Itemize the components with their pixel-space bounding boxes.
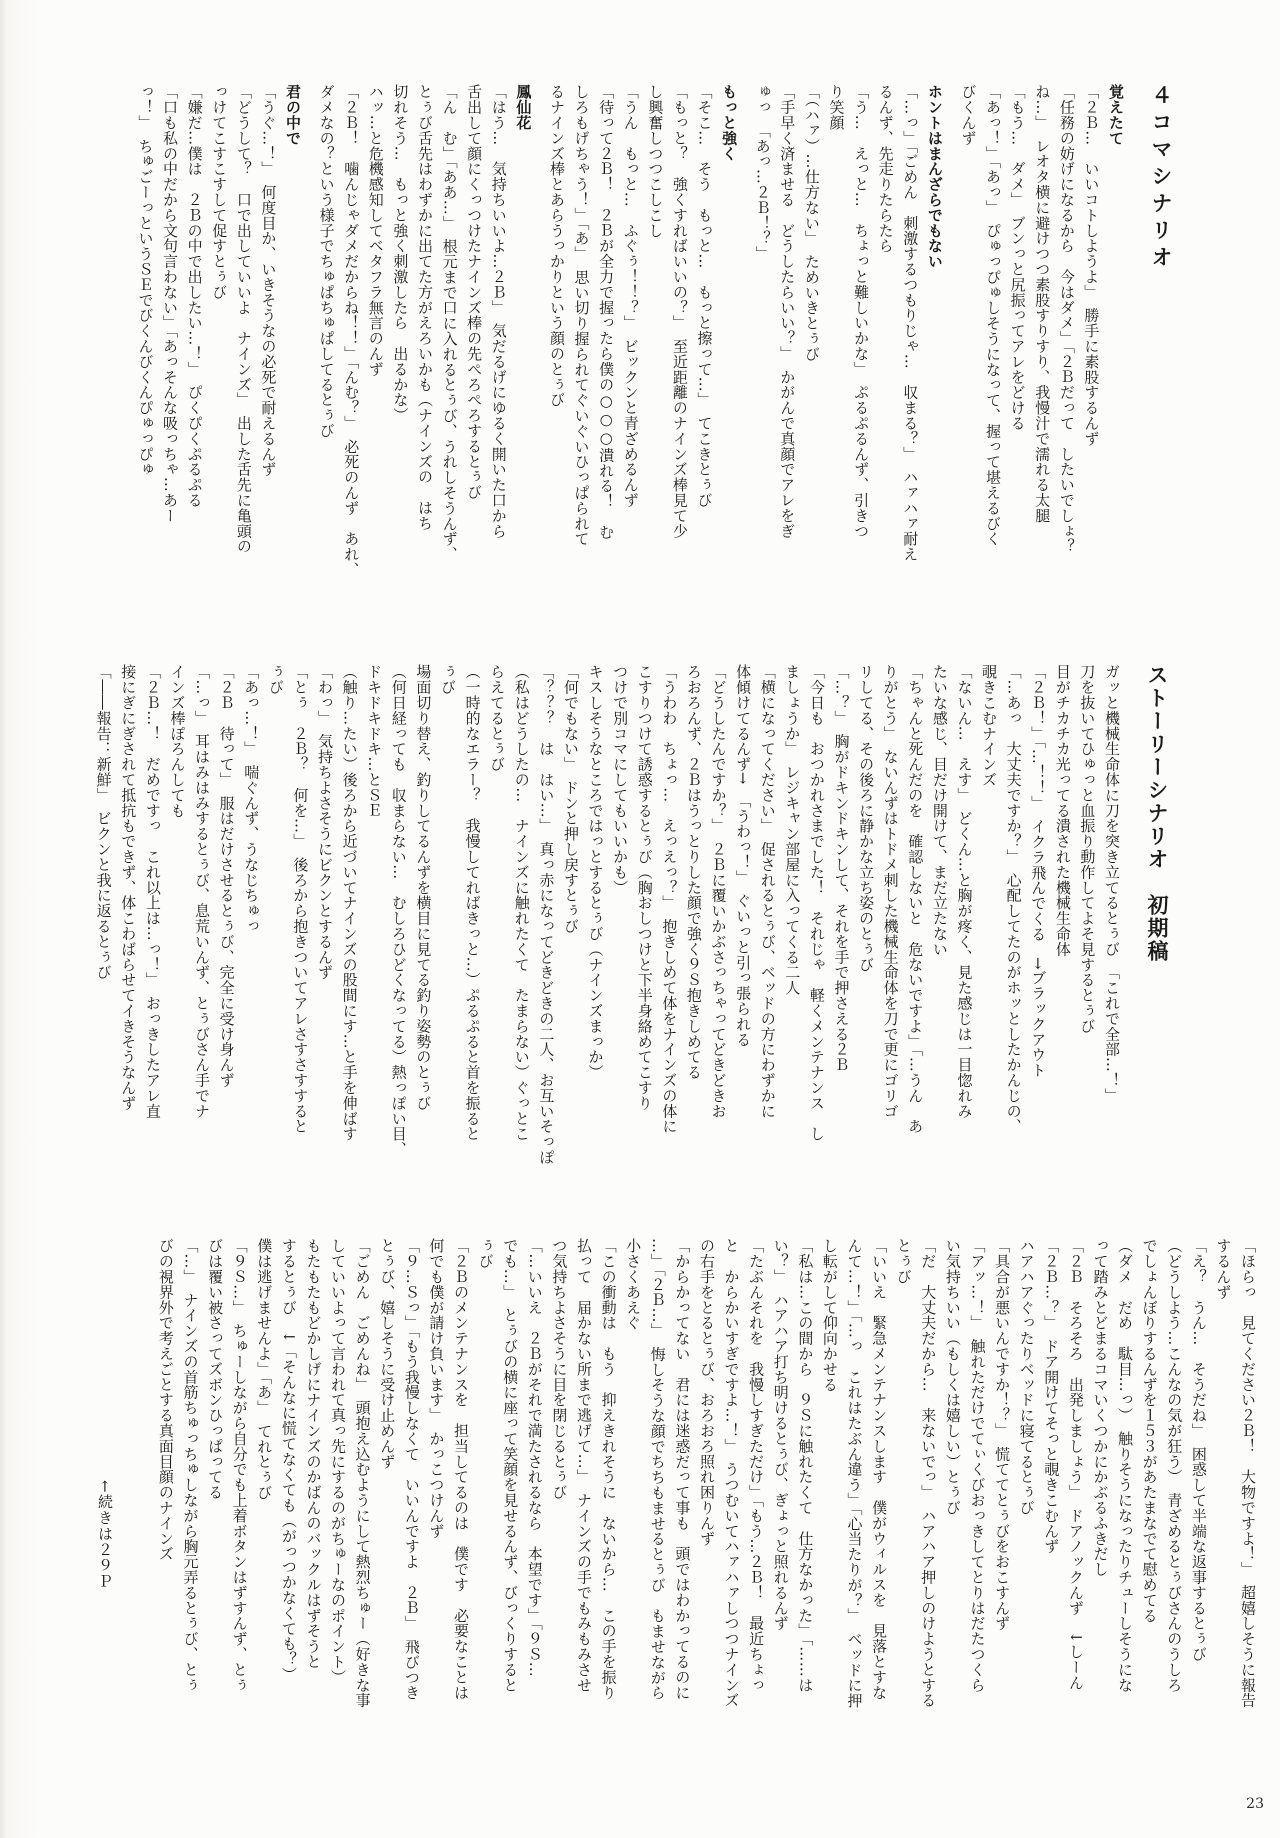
scenario-text-column: 「２Ｂ そろそろ 出発しましょう」 ドアノックんず ↓しーん: [1063, 1238, 1088, 1780]
scenario-text-column: 払って 届かない所まで逃げて…」 ナインズの手でもみもみさせ: [571, 1238, 596, 1780]
section-story-continued-columns: 「ほらっ 見てください２Ｂ！ 大物ですよ！」 超嬉しそうに報告するんず「え？ う…: [153, 1238, 1260, 1780]
scenario-text-column: ろおろんず、２Ｂはうっとりした顔で強く９Ｓ抱きしめてる: [681, 664, 706, 1212]
scenario-text-column: ガッと機械生命体に刀を突き立てるとぅび 「これで全部…！」: [1099, 664, 1124, 1212]
scenario-text-column: し転がして仰向かせる: [817, 1238, 842, 1780]
scenario-text-column: 「…」 ナインズの首筋ちゅっちゅしながら胸元弄るとぅび、とぅ: [178, 1238, 203, 1780]
continuation-note: ←続きは２９Ｐ: [95, 1480, 116, 1590]
scenario-text-column: って踏みとどまるコマいくつかにかぶるふきだし: [1088, 1238, 1113, 1780]
scenario-text-column: っけてこすこすして促すとぅび: [207, 84, 232, 644]
scenario-text-column: …」「２Ｂ…」 悔しそうな顔でちちもませるとぅび もませながら: [645, 1238, 670, 1780]
scenario-text-column: ダメなの？という様子でちゅぱちゅぱしてるとぅび: [314, 84, 339, 644]
scenario-text-column: 「…あっ 大丈夫ですか？」 心配してたのがホッとしたかんじの、: [1001, 664, 1026, 1212]
scenario-text-column: りがとう」 ないんずはトドメ刺した機械生命体を刀で更にゴリゴ: [878, 664, 903, 1212]
section-story-columns: ガッと機械生命体に刀を突き立てるとぅび 「これで全部…！」刀を抜いてひゅっと血振…: [91, 664, 1124, 1212]
scenario-subheading: ホントはまんざらでもない: [922, 84, 947, 644]
scenario-text-column: ね…」 レオタ横に避けつつ素股すりすり、我慢汁で濡れる太腿: [1030, 84, 1055, 644]
scenario-text-column: 「え？ うん… そうだね」 困惑して半端な返事するとぅび: [1186, 1238, 1211, 1780]
document-page: ４コマシナリオ 覚えたて「２Ｂ… いいコトしようよ」 勝手に素股するんず「任務の…: [0, 0, 1280, 1838]
scenario-text-column: 「２Ｂ… いいコトしようよ」 勝手に素股するんず: [1079, 84, 1104, 644]
scenario-text-column: 「嫌だ…僕は ２Ｂの中で出したい…！」 ぴくぴくぷるぷる: [182, 84, 207, 644]
scenario-text-column: 「アッ…！」 触れただけでてぃくびおっきしてとりはだたつくら: [965, 1238, 990, 1780]
scenario-text-column: 「あっ…！」 喘ぐんず、うなじちゅっ: [239, 664, 264, 1212]
scenario-text-column: （私はどうしたの… ナインズに触れたくて たまらない）ぐっとこ: [509, 664, 534, 1212]
scenario-text-column: （何日経っても 収まらない… むしろひどくなってる）熱っぽい目、: [386, 664, 411, 1212]
scenario-text-column: つ気持ちよさそうに目を閉じるとぅび: [547, 1238, 572, 1780]
scenario-text-column: でも…」 とぅびの横に座って笑顔を見せるんず、びっくりすると: [498, 1238, 523, 1780]
scenario-text-column: びは覆い被さってズボンひっぱってる: [202, 1238, 227, 1780]
scenario-text-column: 「からかってない 君には迷惑だって事も 頭ではわかってるのに: [670, 1238, 695, 1780]
scenario-text-column: 「うぐ…！」 何度目か、いきそうなの必死で耐えるんず: [256, 84, 281, 644]
scenario-text-column: でしょんぼりするんずを１５３があたまなでて慰めてる: [1137, 1238, 1162, 1780]
scenario-text-column: 「待って２Ｂ！ ２Ｂが全力で握ったら僕の○○○潰れる！ む: [594, 84, 619, 644]
scenario-text-column: 「…？」 胸がドキンドキンして、それを手で押さえる２Ｂ: [829, 664, 854, 1212]
scenario-text-column: るナインズ棒とあらうっかりという顔のとぅび: [544, 84, 569, 644]
scenario-text-column: 体傾けてるんず→ 「うわっ！」 ぐいっと引っ張られる: [731, 664, 756, 1212]
scenario-text-column: 「はう… 気持ちいいよ…２Ｂ」 気だるげにゆるく開いた口から: [486, 84, 511, 644]
scenario-text-column: 「どうしたんですか？」 ２Ｂに覆いかぶさっちゃってどきどきお: [706, 664, 731, 1212]
scenario-text-column: い？」 ハアハア打ち明けるとぅび、ぎょっと照れるんず: [768, 1238, 793, 1780]
section-story-scenario-draft: ストーリーシナリオ 初期稿 ガッと機械生命体に刀を突き立てるとぅび 「これで全部…: [91, 664, 1172, 1212]
scenario-text-column: 場面切り替え、釣りしてるんずを横目に見てる釣り姿勢のとぅび: [411, 664, 436, 1212]
scenario-text-column: り笑顔: [824, 84, 849, 644]
scenario-text-column: （どうしよう…こんなの気が狂う） 青ざめるとぅびさんのうしろ: [1162, 1238, 1187, 1780]
scenario-text-column: 「う… えっと… ちょっと難しいかな」 ぷるぷるんず、引きつ: [848, 84, 873, 644]
scenario-text-column: い気持ちいい（もしくは嬉しい）とぅび: [940, 1238, 965, 1780]
scenario-text-column: 「そこ… そう もっと… もっと擦って…」 てこきとぅび: [692, 84, 717, 644]
scenario-text-column: とぅび、嬉しそうに受け止めんず: [375, 1238, 400, 1780]
scenario-text-column: 「この衝動は もう 抑えきれそうに ないから… この手を振り: [596, 1238, 621, 1780]
scenario-text-column: 「うわわ ちょっ… えっえっ？」 抱きしめて体をナインズの体に: [657, 664, 682, 1212]
scenario-text-column: んて…！」「…っ これはたぶん違う」「心当たりが？」 ベッドに押: [842, 1238, 867, 1780]
scenario-text-column: していいよって言われて真っ先にするのがちゅーなのポイント）: [325, 1238, 350, 1780]
scenario-text-column: とぅび舌先はわずかに出てた方がえろいかも（ナインズの はち: [412, 84, 437, 644]
scenario-text-column: 「任務の妨げになるから 今はダメ」「２Ｂだって したいでしょ？: [1054, 84, 1079, 644]
scenario-text-column: 「私は…この間から ９Ｓに触れたくて 仕方なかった」「……は: [793, 1238, 818, 1780]
section-4koma-columns: 覚えたて「２Ｂ… いいコトしようよ」 勝手に素股するんず「任務の妨げになるから …: [133, 84, 1128, 644]
scenario-text-column: （触り…たい）後ろから近づいてナインズの股間にす…と手を伸ばす: [337, 664, 362, 1212]
scenario-text-column: 「ん む」「ああ…」 根元まで口に入れるとぅび、うれしそうんず、: [437, 84, 462, 644]
scenario-text-column: ハッ…と危機感知してベタフラ無言のんず: [363, 84, 388, 644]
scenario-text-column: 「…っ」 耳はみはみするとぅび、息荒いんず、とぅびさん手でナ: [189, 664, 214, 1212]
scenario-text-column: 覗きこむナインズ: [976, 664, 1001, 1212]
scenario-text-column: ゅっ 「あっ…２Ｂ！？」: [750, 84, 775, 644]
scenario-text-column: 「２Ｂ！」「…！！」 イクラ飛んでくる →ブラックアウト: [1026, 664, 1051, 1212]
scenario-text-column: 「９Ｓ…」 ちゅーしながら自分でも上着ボタンはずすんず、とぅ: [227, 1238, 252, 1780]
scenario-text-column: 接にぎにぎされて抵抗もできず、体こわばらせてイきそうなんず: [116, 664, 141, 1212]
scenario-text-column: 「もっと？ 強くすればいいの？」 至近距離のナインズ棒見て少: [667, 84, 692, 644]
scenario-text-column: 目がチカチカ光ってる潰された機械生命体: [1050, 664, 1075, 1212]
scenario-text-column: ぅび: [435, 664, 460, 1212]
scenario-subheading: 鳳仙花: [511, 84, 536, 644]
scenario-text-column: 「？？？ は はい…」 真っ赤になってどきどきの二人、お互いそっぽ: [534, 664, 559, 1212]
scenario-text-column: 「あっ！」「あっ」 ぴゅっぴゅしそうになって、握って堪えるびく: [980, 84, 1005, 644]
scenario-text-column: 「わっ」 気持ちよさそうにビクンとするんず: [312, 664, 337, 1212]
scenario-text-column: （一時的なエラー？ 我慢してればきっと…）ぷるぷると首を振ると: [460, 664, 485, 1212]
scenario-text-column: とぅび: [891, 1238, 916, 1780]
scenario-text-column: インズ棒ぽろんしても: [165, 664, 190, 1212]
scenario-text-column: 小さくあえぐ: [621, 1238, 646, 1780]
scenario-text-column: 僕は逃げませんよ」「あ」 てれとぅび: [252, 1238, 277, 1780]
scenario-text-column: （ダメ だめ 駄目…っ） 触りそうになったりチューしそうにな: [1112, 1238, 1137, 1780]
scenario-text-column: 「９…Ｓっ」「もう我慢しなくて いいんですよ ２Ｂ」 飛びつき: [399, 1238, 424, 1780]
scenario-text-column: し興奮しつつこしこし: [643, 84, 668, 644]
scenario-text-column: 切れそう… もっと強く刺激したら 出るかな）: [388, 84, 413, 644]
page-number: 23: [1246, 1796, 1264, 1812]
scenario-text-column: たいな感じ、目だけ開けて、まだ立たない: [927, 664, 952, 1212]
scenario-text-column: 「ごめん ごめんね」 頭抱え込むようにして熱烈ちゅー（好きな事: [350, 1238, 375, 1780]
scenario-text-column: ぅび: [473, 1238, 498, 1780]
scenario-text-column: びくんず: [956, 84, 981, 644]
scenario-text-column: 刀を抜いてひゅっと血振り動作してよそ見するとぅび: [1075, 664, 1100, 1212]
scenario-text-column: 「…いいえ ２Ｂがそれで満たされるなら 本望です」「９Ｓ…: [522, 1238, 547, 1780]
scenario-text-column: 「今日も おつかれさまでした！ それじゃ 軽くメンテナンス し: [804, 664, 829, 1212]
scenario-text-column: するんず: [1211, 1238, 1236, 1780]
scenario-text-column: リしてる、その後ろに静かな立ち姿のとぅび: [853, 664, 878, 1212]
scenario-text-column: ハアハアぐったりベッドに寝てるとぅび: [1014, 1238, 1039, 1780]
scenario-text-column: 「ないん… えす」 どくん…と胸が疼く、見た感じは一目惚れみ: [952, 664, 977, 1212]
scenario-text-column: 「２Ｂ…？」 ドア開けてそっと覗きこむんず: [1039, 1238, 1064, 1780]
scenario-text-column: 「手早く済ませる どうしたらいい？」 かがんで真顔でアレをぎ: [775, 84, 800, 644]
scenario-text-column: るんず、先走りたらたら: [873, 84, 898, 644]
scenario-text-column: ドキドキドキ…とＳＥ: [362, 664, 387, 1212]
scenario-text-column: 「たぶんそれを 我慢しすぎただけ」「もう…２Ｂ！ 最近ちょっ: [744, 1238, 769, 1780]
scenario-text-column: 「２Ｂ 待って」 服はだけさせるとぅび、完全に受け身んず: [214, 664, 239, 1212]
scenario-text-column: 「口も私の中だから文句言わない」「あっそんな吸っちゃ…あー: [157, 84, 182, 644]
section-story-scenario-continued: 「ほらっ 見てください２Ｂ！ 大物ですよ！」 超嬉しそうに報告するんず「え？ う…: [153, 1238, 1260, 1780]
scenario-text-column: 「（ハァ）…仕方ない」 ためいきとぅび: [799, 84, 824, 644]
section-title-story-draft: ストーリーシナリオ 初期稿: [1142, 664, 1172, 1212]
scenario-text-column: 「うん もっと… ふぐぅ！！？」 ビックンと青ざめるんず: [618, 84, 643, 644]
scenario-text-column: らえてるとぅび: [485, 664, 510, 1212]
scenario-text-column: っ！」 ちゅごーっというＳＥでびくんびくんぴゅっぴゅ: [133, 84, 158, 644]
scenario-text-column: 「２Ｂのメンテナンスを 担当してるのは 僕です 必要なことは: [448, 1238, 473, 1780]
scenario-text-column: と からかいすぎですよ…！」 うつむいてハァハァしつつナインズ: [719, 1238, 744, 1780]
scenario-text-column: しろもげちゃう！」「あ」 思い切り握られてぐいぐいひっぱられて: [569, 84, 594, 644]
scenario-text-column: 「何でもない」 ドンと押し戻すとぅび: [558, 664, 583, 1212]
scenario-text-column: するとぅび ↓「そんなに慌てなくても（がっつかなくても？）: [276, 1238, 301, 1780]
section-title-4koma: ４コマシナリオ: [1146, 84, 1176, 644]
scenario-text-column: つけで別コマにしてもいいかも）: [608, 664, 633, 1212]
scenario-text-column: 「２Ｂ！ 噛んじゃダメだからね！！」「んむ？」 必死のんず あれ、: [339, 84, 364, 644]
scenario-text-column: ぅび: [263, 664, 288, 1212]
scenario-text-column: 「もう… ダメ」 ブンっと尻振ってアレをどける: [1005, 84, 1030, 644]
scenario-text-column: 舌出して顔にくっつけたナインズ棒の先ぺろぺろするとぅび: [462, 84, 487, 644]
scenario-text-column: 「具合が悪いんですか！？」 慌ててとぅびをおこすんず: [989, 1238, 1014, 1780]
scenario-text-column: 「横になってください」 促されるとぅび、ベッドの方にわずかに: [755, 664, 780, 1212]
scenario-text-column: こすりつけて誘惑するとぅび（胸おしつけと下半身絡めてこすり: [632, 664, 657, 1212]
scenario-text-column: 「…っ」「ごめん 刺激するつもりじゃ… 収まる？」 ハァハァ耐え: [898, 84, 923, 644]
scenario-text-column: 「だ 大丈夫だから… 来ないでっ」 ハアハア押しのけようとする: [916, 1238, 941, 1780]
scenario-text-column: 何でも僕が請け負います」 かっこつけんず: [424, 1238, 449, 1780]
scenario-text-column: の右手をとるとぅび、おろおろ照れ困りんず: [694, 1238, 719, 1780]
scenario-text-column: 「――報告：新鮮」 ビクンと我に返るとぅび: [91, 664, 116, 1212]
scenario-text-column: 「２Ｂ…！ だめですっ これ以上は…っ！」 おっきしたアレ直: [140, 664, 165, 1212]
section-4koma-scenario: ４コマシナリオ 覚えたて「２Ｂ… いいコトしようよ」 勝手に素股するんず「任務の…: [133, 84, 1176, 644]
scenario-text-column: 「いいえ 緊急メンテナンスします 僕がウィルスを 見落とすな: [867, 1238, 892, 1780]
scenario-subheading: もっと強く: [717, 84, 742, 644]
scenario-text-column: ましょうか」 レジキャン部屋に入ってくる二人: [780, 664, 805, 1212]
scenario-text-column: 「ちゃんと死んだのを 確認しないと 危ないですよ」「…うん あ: [903, 664, 928, 1212]
scenario-text-column: 「ほらっ 見てください２Ｂ！ 大物ですよ！」 超嬉しそうに報告: [1235, 1238, 1260, 1780]
scenario-text-column: 「とぅ ２Ｂ？ 何を…」 後ろから抱きついてアレさすさすすると: [288, 664, 313, 1212]
scenario-subheading: 君の中で: [280, 84, 305, 644]
scenario-subheading: 覚えたて: [1103, 84, 1128, 644]
scenario-text-column: もたもたもどかしげにナインズのかばんのバックルはずそうと: [301, 1238, 326, 1780]
scenario-text-column: 「どうして？ 口で出していいよ ナインズ」 出した舌先に亀頭の: [231, 84, 256, 644]
scenario-text-column: びの視界外で考えごとする真面目顔のナインズ: [153, 1238, 178, 1780]
scenario-text-column: キスしそうなところではっとするとぅび（ナインズまっか）: [583, 664, 608, 1212]
